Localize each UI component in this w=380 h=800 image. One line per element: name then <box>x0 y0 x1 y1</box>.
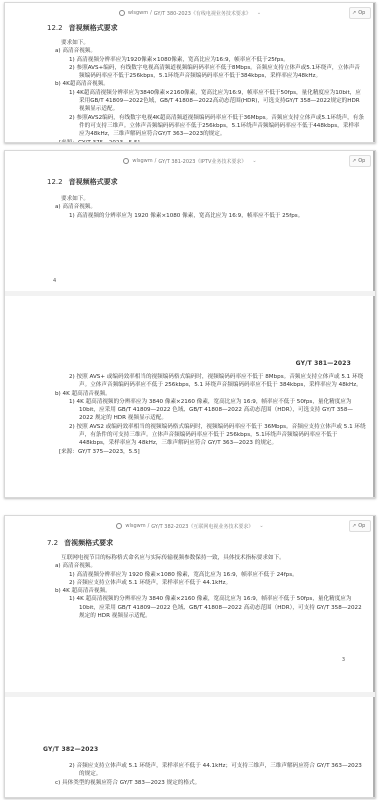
list-item-a: a) 高清音视频。 <box>47 203 365 211</box>
doc-topbar: wlsgwm / GY/T 380-2023《有线电视业务技术要求》 ⌄ ↗Op <box>5 3 375 23</box>
page-separator <box>5 692 376 697</box>
doc-title[interactable]: GY/T 381-2023《IPTV业务技术要求》 <box>158 158 246 165</box>
list-subitem: 1) 4K超高清视频分辨率应为3840像素×2160像素，宽高比应为16:9，帧… <box>47 89 365 114</box>
doc-title[interactable]: GY/T 382-2023《互联网电视业务技术要求》 <box>151 523 253 530</box>
list-item-b: b) 4K超高清音视频。 <box>47 80 365 88</box>
chevron-down-icon[interactable]: ⌄ <box>257 10 261 16</box>
source-citation: [来源：GY/T 375—2023，5.5] <box>47 139 365 143</box>
site-name: wlsgwm <box>125 523 145 529</box>
page-number: 4 <box>53 278 56 284</box>
intro-text: 要求如下。 <box>47 195 365 203</box>
document-panel-gyt381: wlsgwm / GY/T 381-2023《IPTV业务技术要求》 ⌄ ↗Op… <box>4 150 376 498</box>
chevron-down-icon[interactable]: ⌄ <box>252 158 256 164</box>
list-subitem: 2) 按照 AVS+ 或编码效率相当的视频编码格式编码时，视频编码码率应不低于 … <box>47 373 367 390</box>
external-link-icon: ↗ <box>352 158 356 164</box>
globe-icon <box>119 10 125 16</box>
open-button[interactable]: ↗Op <box>349 7 371 19</box>
globe-icon <box>116 523 122 529</box>
doc-title[interactable]: GY/T 380-2023《有线电视业务技术要求》 <box>154 10 251 17</box>
external-link-icon: ↗ <box>352 523 356 529</box>
list-subitem: 2) 音频应支持立体声或 5.1 环绕声，采样率应不低于 44.1kHz。 <box>47 579 365 587</box>
standard-header: GY/T 381—2023 <box>296 360 375 367</box>
list-item-b: b) 4K 超高清音视频。 <box>47 587 365 595</box>
doc-topbar: wlsgwm / GY/T 381-2023《IPTV业务技术要求》 ⌄ ↗Op <box>5 151 375 171</box>
list-subitem: 2) 参照AVS2编码，有线数字电视4K超高清频道视频编码码率应不低于36Mbp… <box>47 114 365 139</box>
source-citation: [来源：GY/T 375—2023，5.5] <box>47 448 367 456</box>
document-panel-gyt380: wlsgwm / GY/T 380-2023《有线电视业务技术要求》 ⌄ ↗Op… <box>4 2 376 143</box>
list-item-c: c) 具体类型的视频应符合 GY/T 383—2023 规定的格式。 <box>47 779 367 787</box>
site-name: wlsgwm <box>132 158 152 164</box>
list-subitem: 1) 高清视频分辨率应为 1920 像素×1080 像素，宽高比应为 16:9，… <box>47 571 365 579</box>
external-link-icon: ↗ <box>352 10 356 16</box>
doc-topbar: wlsgwm / GY/T 382-2023《互联网电视业务技术要求》 ⌄ ↗O… <box>5 516 375 536</box>
section-title: 7.2音视频格式要求 <box>47 538 365 548</box>
globe-icon <box>123 158 129 164</box>
list-item-b: b) 4K 超高清音视频。 <box>47 390 367 398</box>
list-item-a: a) 高清音视频。 <box>47 562 365 570</box>
open-button[interactable]: ↗Op <box>349 520 371 532</box>
list-subitem: 2) 参照AVS+编码，有线数字电视高清频道视频编码码率应不低于8Mbps。音频… <box>47 64 365 81</box>
list-subitem: 2) 按照 AVS2 或编码效率相当的视频编码格式编码时，视频编码码率应不低于 … <box>47 423 367 448</box>
list-subitem: 1) 高清视频的分辨率应为 1920 像素×1080 像素，宽高比应为 16:9… <box>47 212 365 220</box>
section-title: 12.2音视频格式要求 <box>47 177 365 187</box>
site-name: wlsgwm <box>128 10 148 16</box>
intro-text: 互联网电视节目的标称格式命名应与实际传输视频参数保持一致，具体技术指标要求如下。 <box>47 554 365 562</box>
standard-header: GY/T 382—2023 <box>43 746 122 753</box>
document-panel-gyt382: wlsgwm / GY/T 382-2023《互联网电视业务技术要求》 ⌄ ↗O… <box>4 515 376 798</box>
section-title: 12.2音视频格式要求 <box>47 23 365 33</box>
list-subitem: 2) 音频应支持立体声或 5.1 环绕声，采样率应不低于 44.1kHz；可支持… <box>47 762 367 779</box>
list-subitem: 1) 4K 超高清视频的分辨率应为 3840 像素×2160 像素，宽高比应为 … <box>47 398 367 423</box>
open-button[interactable]: ↗Op <box>349 155 371 167</box>
list-subitem: 1) 高清视频分辨率应为1920像素×1080像素，宽高比应为16:9，帧率应不… <box>47 56 365 64</box>
page-separator <box>5 291 376 296</box>
chevron-down-icon[interactable]: ⌄ <box>259 523 263 529</box>
list-subitem: 1) 4K 超高清视频的分辨率应为 3840 像素×2160 像素，宽高比应为 … <box>47 595 365 620</box>
page-number: 3 <box>342 657 345 663</box>
list-item-a: a) 高清音视频。 <box>47 47 365 55</box>
intro-text: 要求如下。 <box>47 39 365 47</box>
